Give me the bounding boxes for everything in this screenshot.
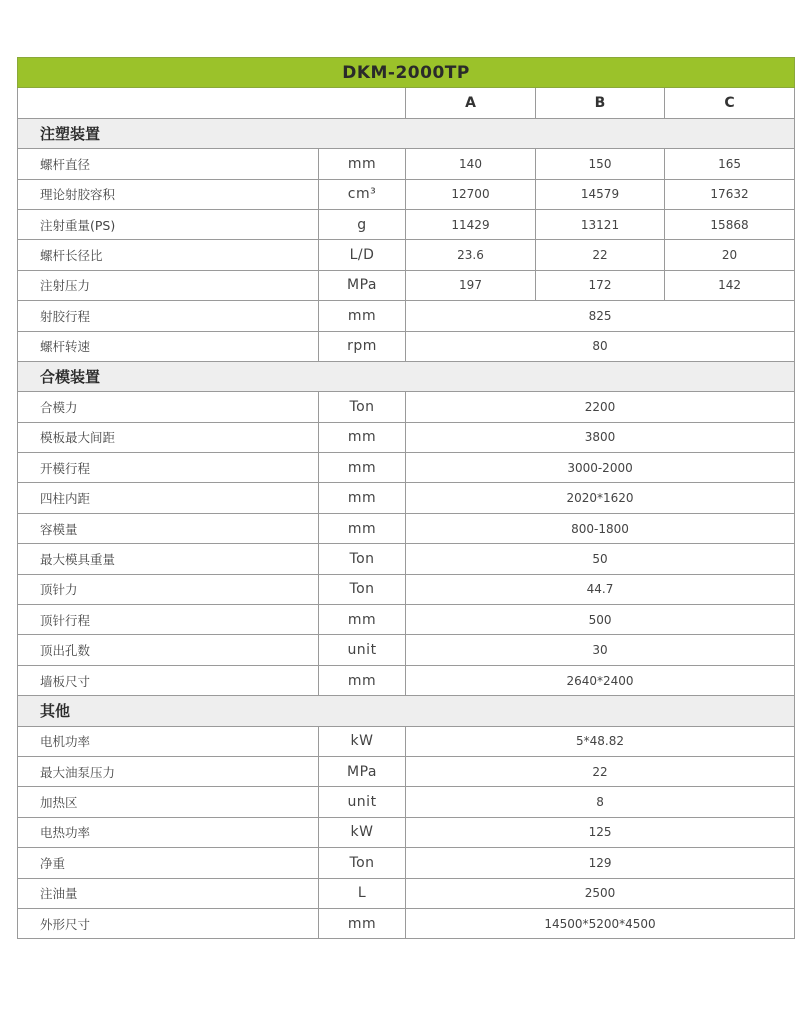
spec-unit: g bbox=[319, 209, 406, 239]
spec-label: 电机功率 bbox=[18, 726, 319, 756]
column-header-c: C bbox=[665, 88, 795, 118]
spec-label: 射胶行程 bbox=[18, 301, 319, 331]
table-row: 螺杆转速rpm80 bbox=[18, 331, 795, 361]
spec-unit: mm bbox=[319, 149, 406, 179]
table-row: 加热区unit8 bbox=[18, 787, 795, 817]
spec-unit: mm bbox=[319, 908, 406, 938]
spec-unit: Ton bbox=[319, 848, 406, 878]
column-header-a: A bbox=[406, 88, 536, 118]
spec-value-c: 165 bbox=[665, 149, 795, 179]
spec-unit: mm bbox=[319, 513, 406, 543]
table-row: 顶出孔数unit30 bbox=[18, 635, 795, 665]
spec-unit: rpm bbox=[319, 331, 406, 361]
spec-label: 电热功率 bbox=[18, 817, 319, 847]
spec-value-a: 197 bbox=[406, 270, 536, 300]
spec-value: 2200 bbox=[406, 392, 795, 422]
spec-value-c: 142 bbox=[665, 270, 795, 300]
spec-value-a: 11429 bbox=[406, 209, 536, 239]
spec-unit: mm bbox=[319, 422, 406, 452]
spec-unit: Ton bbox=[319, 544, 406, 574]
header-blank bbox=[18, 88, 406, 118]
table-row: 射胶行程mm825 bbox=[18, 301, 795, 331]
spec-unit: unit bbox=[319, 635, 406, 665]
spec-value: 2640*2400 bbox=[406, 665, 795, 695]
model-title: DKM-2000TP bbox=[18, 58, 795, 88]
table-row: 合模力Ton2200 bbox=[18, 392, 795, 422]
table-row: 容模量mm800-1800 bbox=[18, 513, 795, 543]
spec-value: 500 bbox=[406, 605, 795, 635]
spec-value: 5*48.82 bbox=[406, 726, 795, 756]
table-row: 顶针行程mm500 bbox=[18, 605, 795, 635]
spec-label: 外形尺寸 bbox=[18, 908, 319, 938]
column-header-row: A B C bbox=[18, 88, 795, 118]
spec-label: 净重 bbox=[18, 848, 319, 878]
spec-label: 顶针行程 bbox=[18, 605, 319, 635]
table-row: 最大模具重量Ton50 bbox=[18, 544, 795, 574]
spec-value-a: 23.6 bbox=[406, 240, 536, 270]
spec-value: 800-1800 bbox=[406, 513, 795, 543]
spec-value: 3800 bbox=[406, 422, 795, 452]
spec-label: 开模行程 bbox=[18, 453, 319, 483]
spec-label: 模板最大间距 bbox=[18, 422, 319, 452]
spec-value: 825 bbox=[406, 301, 795, 331]
spec-unit: mm bbox=[319, 605, 406, 635]
spec-unit: mm bbox=[319, 665, 406, 695]
column-header-b: B bbox=[536, 88, 665, 118]
spec-label: 螺杆转速 bbox=[18, 331, 319, 361]
spec-value-a: 140 bbox=[406, 149, 536, 179]
table-row: 墙板尺寸mm2640*2400 bbox=[18, 665, 795, 695]
spec-value: 2500 bbox=[406, 878, 795, 908]
spec-value-c: 15868 bbox=[665, 209, 795, 239]
spec-unit: unit bbox=[319, 787, 406, 817]
spec-unit: Ton bbox=[319, 574, 406, 604]
section-clamping-unit: 合模装置 bbox=[18, 361, 795, 391]
spec-label: 顶出孔数 bbox=[18, 635, 319, 665]
spec-value: 3000-2000 bbox=[406, 453, 795, 483]
table-row: 注射压力MPa197172142 bbox=[18, 270, 795, 300]
spec-label: 注油量 bbox=[18, 878, 319, 908]
spec-label: 注射重量(PS) bbox=[18, 209, 319, 239]
spec-label: 注射压力 bbox=[18, 270, 319, 300]
spec-value-b: 22 bbox=[536, 240, 665, 270]
spec-label: 四柱内距 bbox=[18, 483, 319, 513]
spec-value-b: 14579 bbox=[536, 179, 665, 209]
spec-label: 墙板尺寸 bbox=[18, 665, 319, 695]
spec-unit: mm bbox=[319, 453, 406, 483]
table-row: 螺杆长径比L/D23.62220 bbox=[18, 240, 795, 270]
table-row: 顶针力Ton44.7 bbox=[18, 574, 795, 604]
section-injection-unit: 注塑装置 bbox=[18, 118, 795, 148]
spec-unit: mm bbox=[319, 301, 406, 331]
spec-unit: kW bbox=[319, 726, 406, 756]
section-title: 其他 bbox=[18, 696, 795, 726]
table-row: 模板最大间距mm3800 bbox=[18, 422, 795, 452]
spec-value-b: 150 bbox=[536, 149, 665, 179]
section-title: 合模装置 bbox=[18, 361, 795, 391]
spec-value: 14500*5200*4500 bbox=[406, 908, 795, 938]
spec-label: 最大模具重量 bbox=[18, 544, 319, 574]
spec-value-a: 12700 bbox=[406, 179, 536, 209]
section-title: 注塑装置 bbox=[18, 118, 795, 148]
table-row: 螺杆直径mm140150165 bbox=[18, 149, 795, 179]
spec-value: 22 bbox=[406, 756, 795, 786]
spec-value: 125 bbox=[406, 817, 795, 847]
spec-label: 螺杆长径比 bbox=[18, 240, 319, 270]
spec-unit: kW bbox=[319, 817, 406, 847]
spec-unit: cm³ bbox=[319, 179, 406, 209]
spec-unit: L bbox=[319, 878, 406, 908]
spec-label: 容模量 bbox=[18, 513, 319, 543]
table-row: 注油量L2500 bbox=[18, 878, 795, 908]
spec-unit: MPa bbox=[319, 756, 406, 786]
spec-label: 最大油泵压力 bbox=[18, 756, 319, 786]
spec-value: 50 bbox=[406, 544, 795, 574]
table-row: 理论射胶容积cm³127001457917632 bbox=[18, 179, 795, 209]
spec-label: 螺杆直径 bbox=[18, 149, 319, 179]
spec-value: 8 bbox=[406, 787, 795, 817]
spec-label: 合模力 bbox=[18, 392, 319, 422]
spec-label: 顶针力 bbox=[18, 574, 319, 604]
spec-value-c: 20 bbox=[665, 240, 795, 270]
spec-label: 理论射胶容积 bbox=[18, 179, 319, 209]
spec-value-b: 172 bbox=[536, 270, 665, 300]
table-row: 净重Ton129 bbox=[18, 848, 795, 878]
table-row: 电热功率kW125 bbox=[18, 817, 795, 847]
table-row: 开模行程mm3000-2000 bbox=[18, 453, 795, 483]
title-row: DKM-2000TP bbox=[18, 58, 795, 88]
spec-unit: Ton bbox=[319, 392, 406, 422]
section-other: 其他 bbox=[18, 696, 795, 726]
spec-value-b: 13121 bbox=[536, 209, 665, 239]
spec-value: 80 bbox=[406, 331, 795, 361]
spec-value: 30 bbox=[406, 635, 795, 665]
spec-table: DKM-2000TP A B C 注塑装置螺杆直径mm140150165理论射胶… bbox=[17, 57, 795, 939]
spec-unit: mm bbox=[319, 483, 406, 513]
spec-value-c: 17632 bbox=[665, 179, 795, 209]
spec-value: 44.7 bbox=[406, 574, 795, 604]
spec-unit: L/D bbox=[319, 240, 406, 270]
table-row: 外形尺寸mm14500*5200*4500 bbox=[18, 908, 795, 938]
table-row: 电机功率kW5*48.82 bbox=[18, 726, 795, 756]
spec-value: 2020*1620 bbox=[406, 483, 795, 513]
table-row: 注射重量(PS)g114291312115868 bbox=[18, 209, 795, 239]
table-row: 四柱内距mm2020*1620 bbox=[18, 483, 795, 513]
spec-label: 加热区 bbox=[18, 787, 319, 817]
spec-unit: MPa bbox=[319, 270, 406, 300]
spec-value: 129 bbox=[406, 848, 795, 878]
table-row: 最大油泵压力MPa22 bbox=[18, 756, 795, 786]
